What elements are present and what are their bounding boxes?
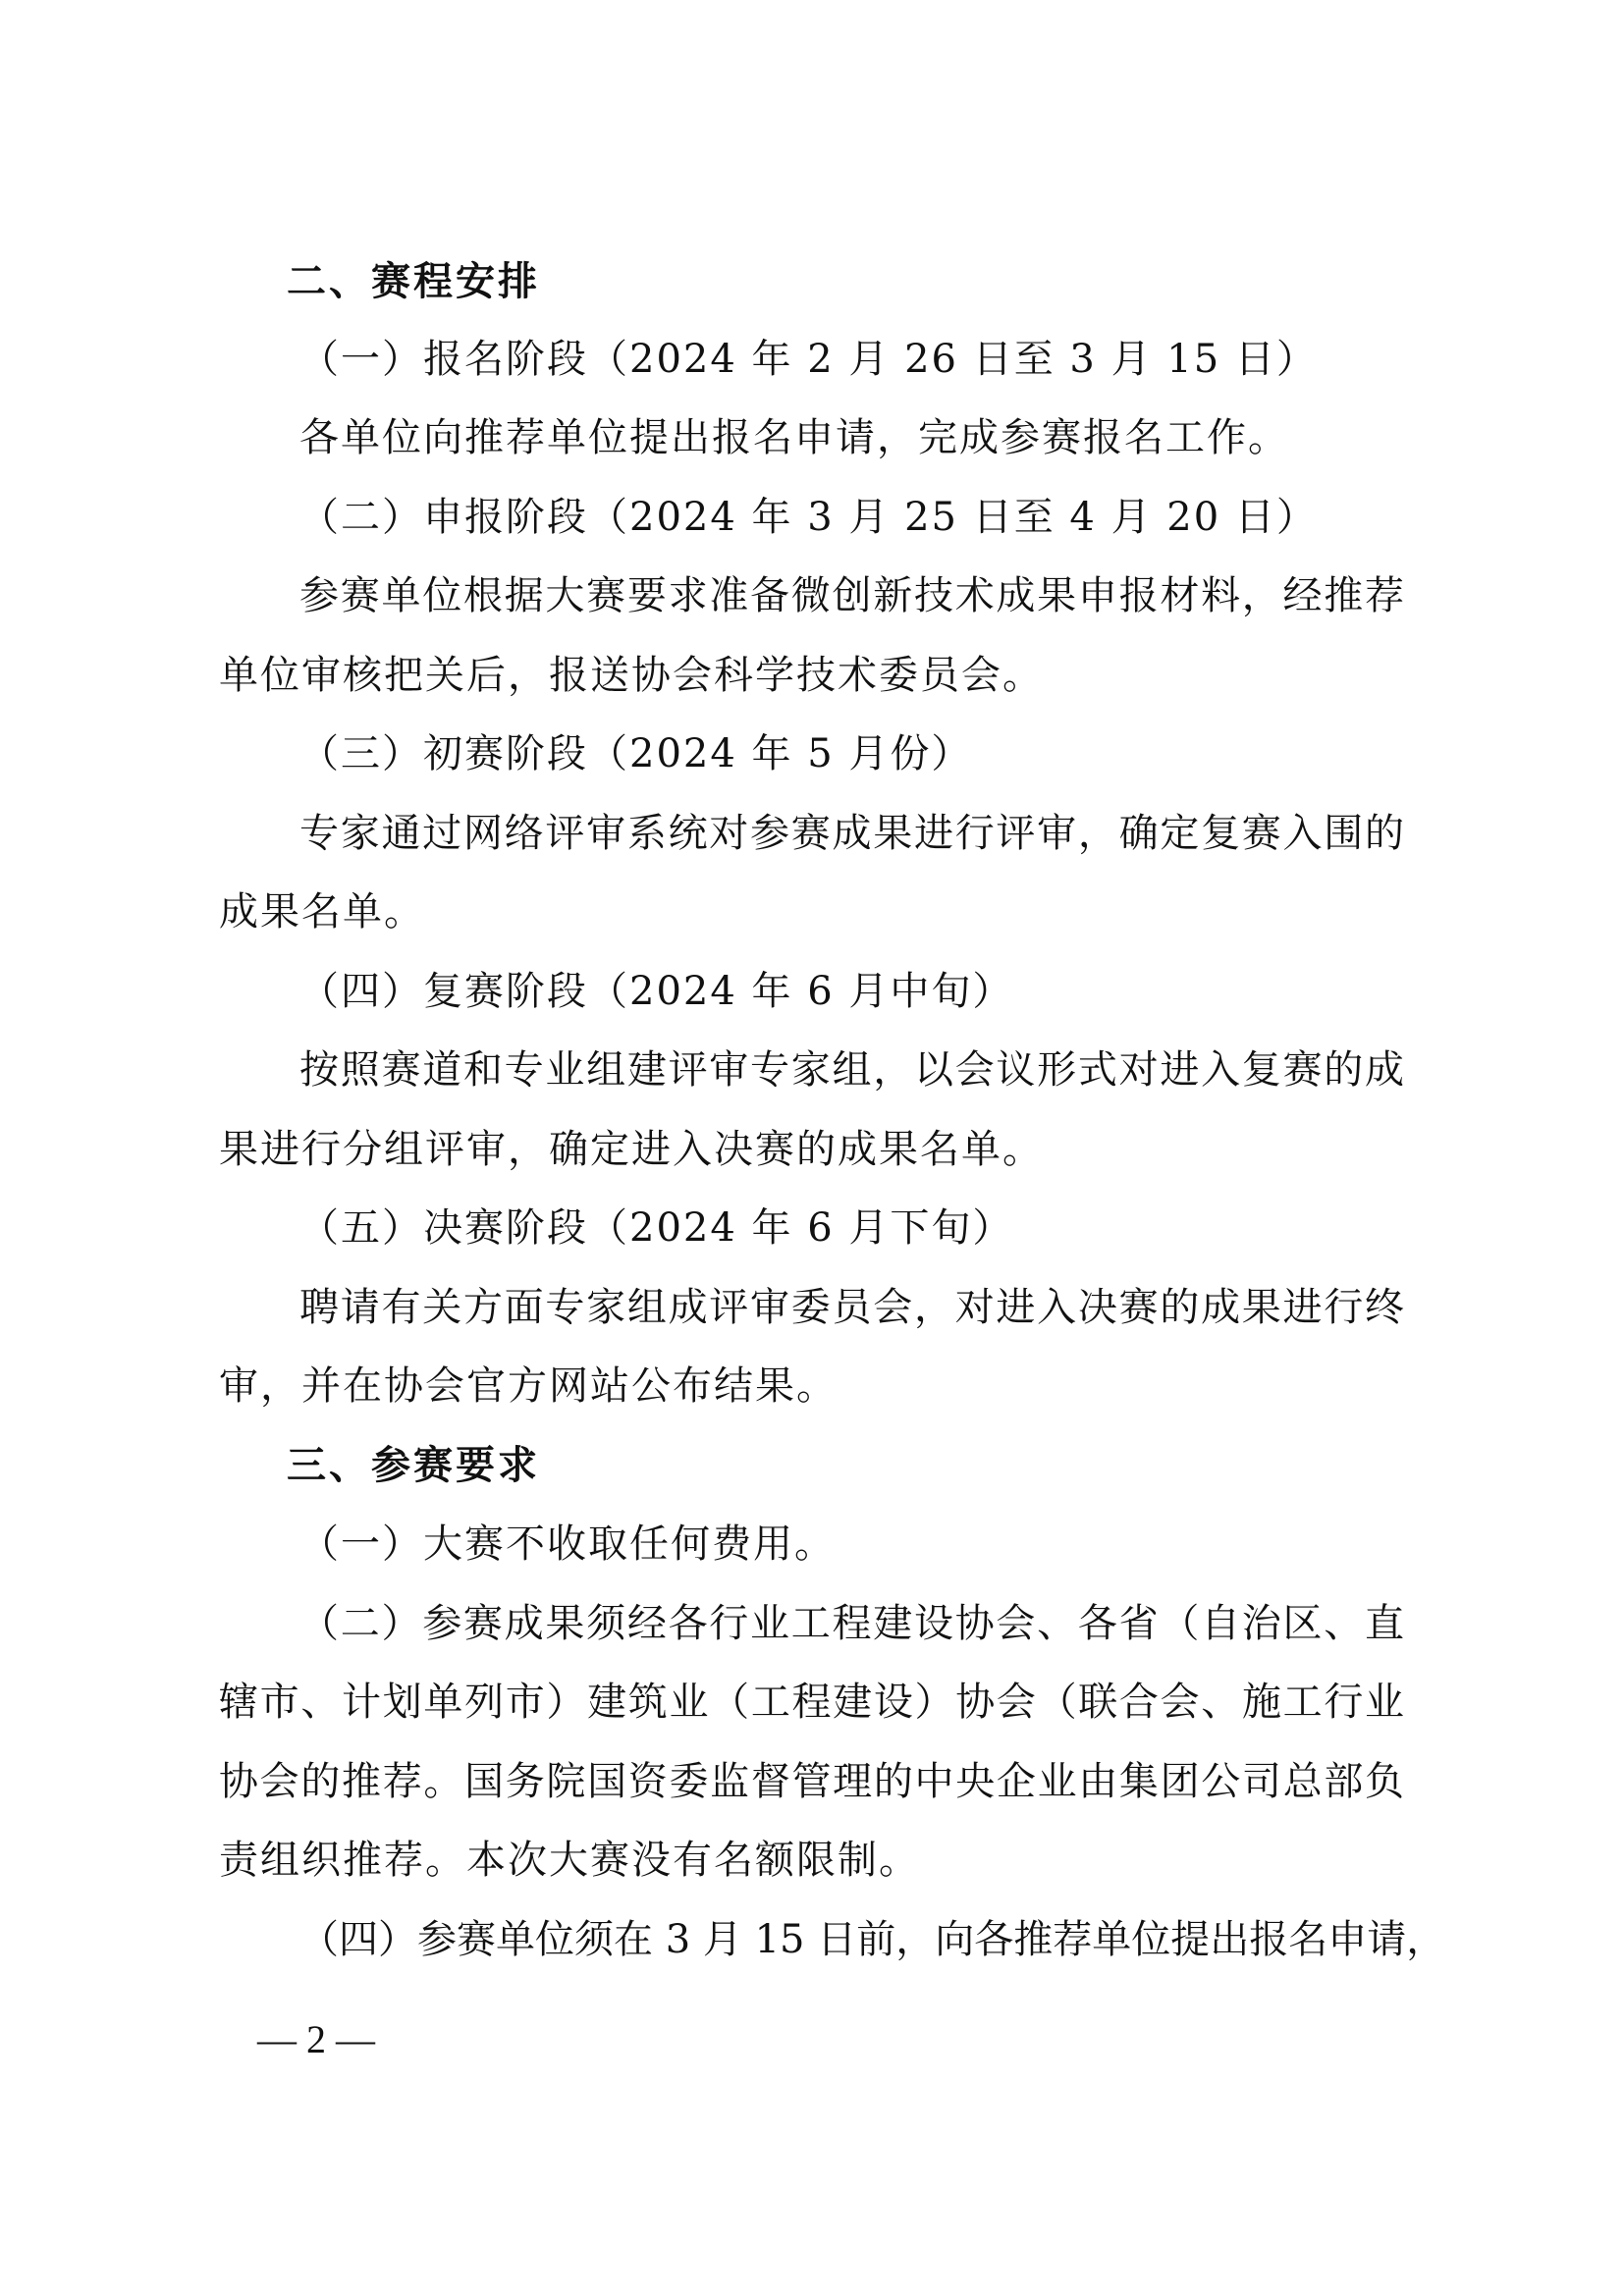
- requirement-2-line-3: 协会的推荐。国务院国资委监督管理的中央企业由集团公司总部负: [219, 1758, 1404, 1805]
- page-number: — 2 —: [257, 2016, 375, 2062]
- stage-5-text-line-1: 聘请有关方面专家组成评审委员会，对进入决赛的成果进行终: [299, 1284, 1404, 1331]
- requirement-2-line-1: （二）参赛成果须经各行业工程建设协会、各省（自治区、直: [299, 1600, 1404, 1647]
- stage-3-text-line-1: 专家通过网络评审系统对参赛成果进行评审，确定复赛入围的: [299, 810, 1404, 857]
- stage-2-title: （二）申报阶段（2024 年 3 月 25 日至 4 月 20 日）: [299, 494, 1318, 541]
- requirement-2-line-4: 责组织推荐。本次大赛没有名额限制。: [219, 1837, 920, 1884]
- stage-4-text-line-2: 果进行分组评审，确定进入决赛的成果名单。: [219, 1126, 1044, 1173]
- stage-5-text-line-2: 审，并在协会官方网站公布结果。: [219, 1362, 838, 1410]
- stage-5-title: （五）决赛阶段（2024 年 6 月下旬）: [299, 1204, 1013, 1252]
- stage-1-text: 各单位向推荐单位提出报名申请，完成参赛报名工作。: [299, 414, 1289, 461]
- stage-3-title: （三）初赛阶段（2024 年 5 月份）: [299, 730, 972, 777]
- document-page: 二、赛程安排 （一）报名阶段（2024 年 2 月 26 日至 3 月 15 日…: [0, 0, 1624, 2296]
- requirement-2-line-2: 辖市、计划单列市）建筑业（工程建设）协会（联合会、施工行业: [219, 1679, 1404, 1726]
- requirement-1: （一）大赛不收取任何费用。: [299, 1521, 836, 1568]
- section-heading-schedule: 二、赛程安排: [287, 258, 540, 305]
- stage-3-text-line-2: 成果名单。: [219, 888, 425, 935]
- requirement-4-line-1: （四）参赛单位须在 3 月 15 日前，向各推荐单位提出报名申请，: [299, 1916, 1404, 1963]
- stage-4-title: （四）复赛阶段（2024 年 6 月中旬）: [299, 968, 1013, 1015]
- section-heading-requirements: 三、参赛要求: [287, 1442, 540, 1489]
- stage-2-text-line-1: 参赛单位根据大赛要求准备微创新技术成果申报材料，经推荐: [299, 572, 1404, 619]
- stage-1-title: （一）报名阶段（2024 年 2 月 26 日至 3 月 15 日）: [299, 336, 1318, 383]
- stage-4-text-line-1: 按照赛道和专业组建评审专家组，以会议形式对进入复赛的成: [299, 1046, 1404, 1094]
- stage-2-text-line-2: 单位审核把关后，报送协会科学技术委员会。: [219, 652, 1044, 699]
